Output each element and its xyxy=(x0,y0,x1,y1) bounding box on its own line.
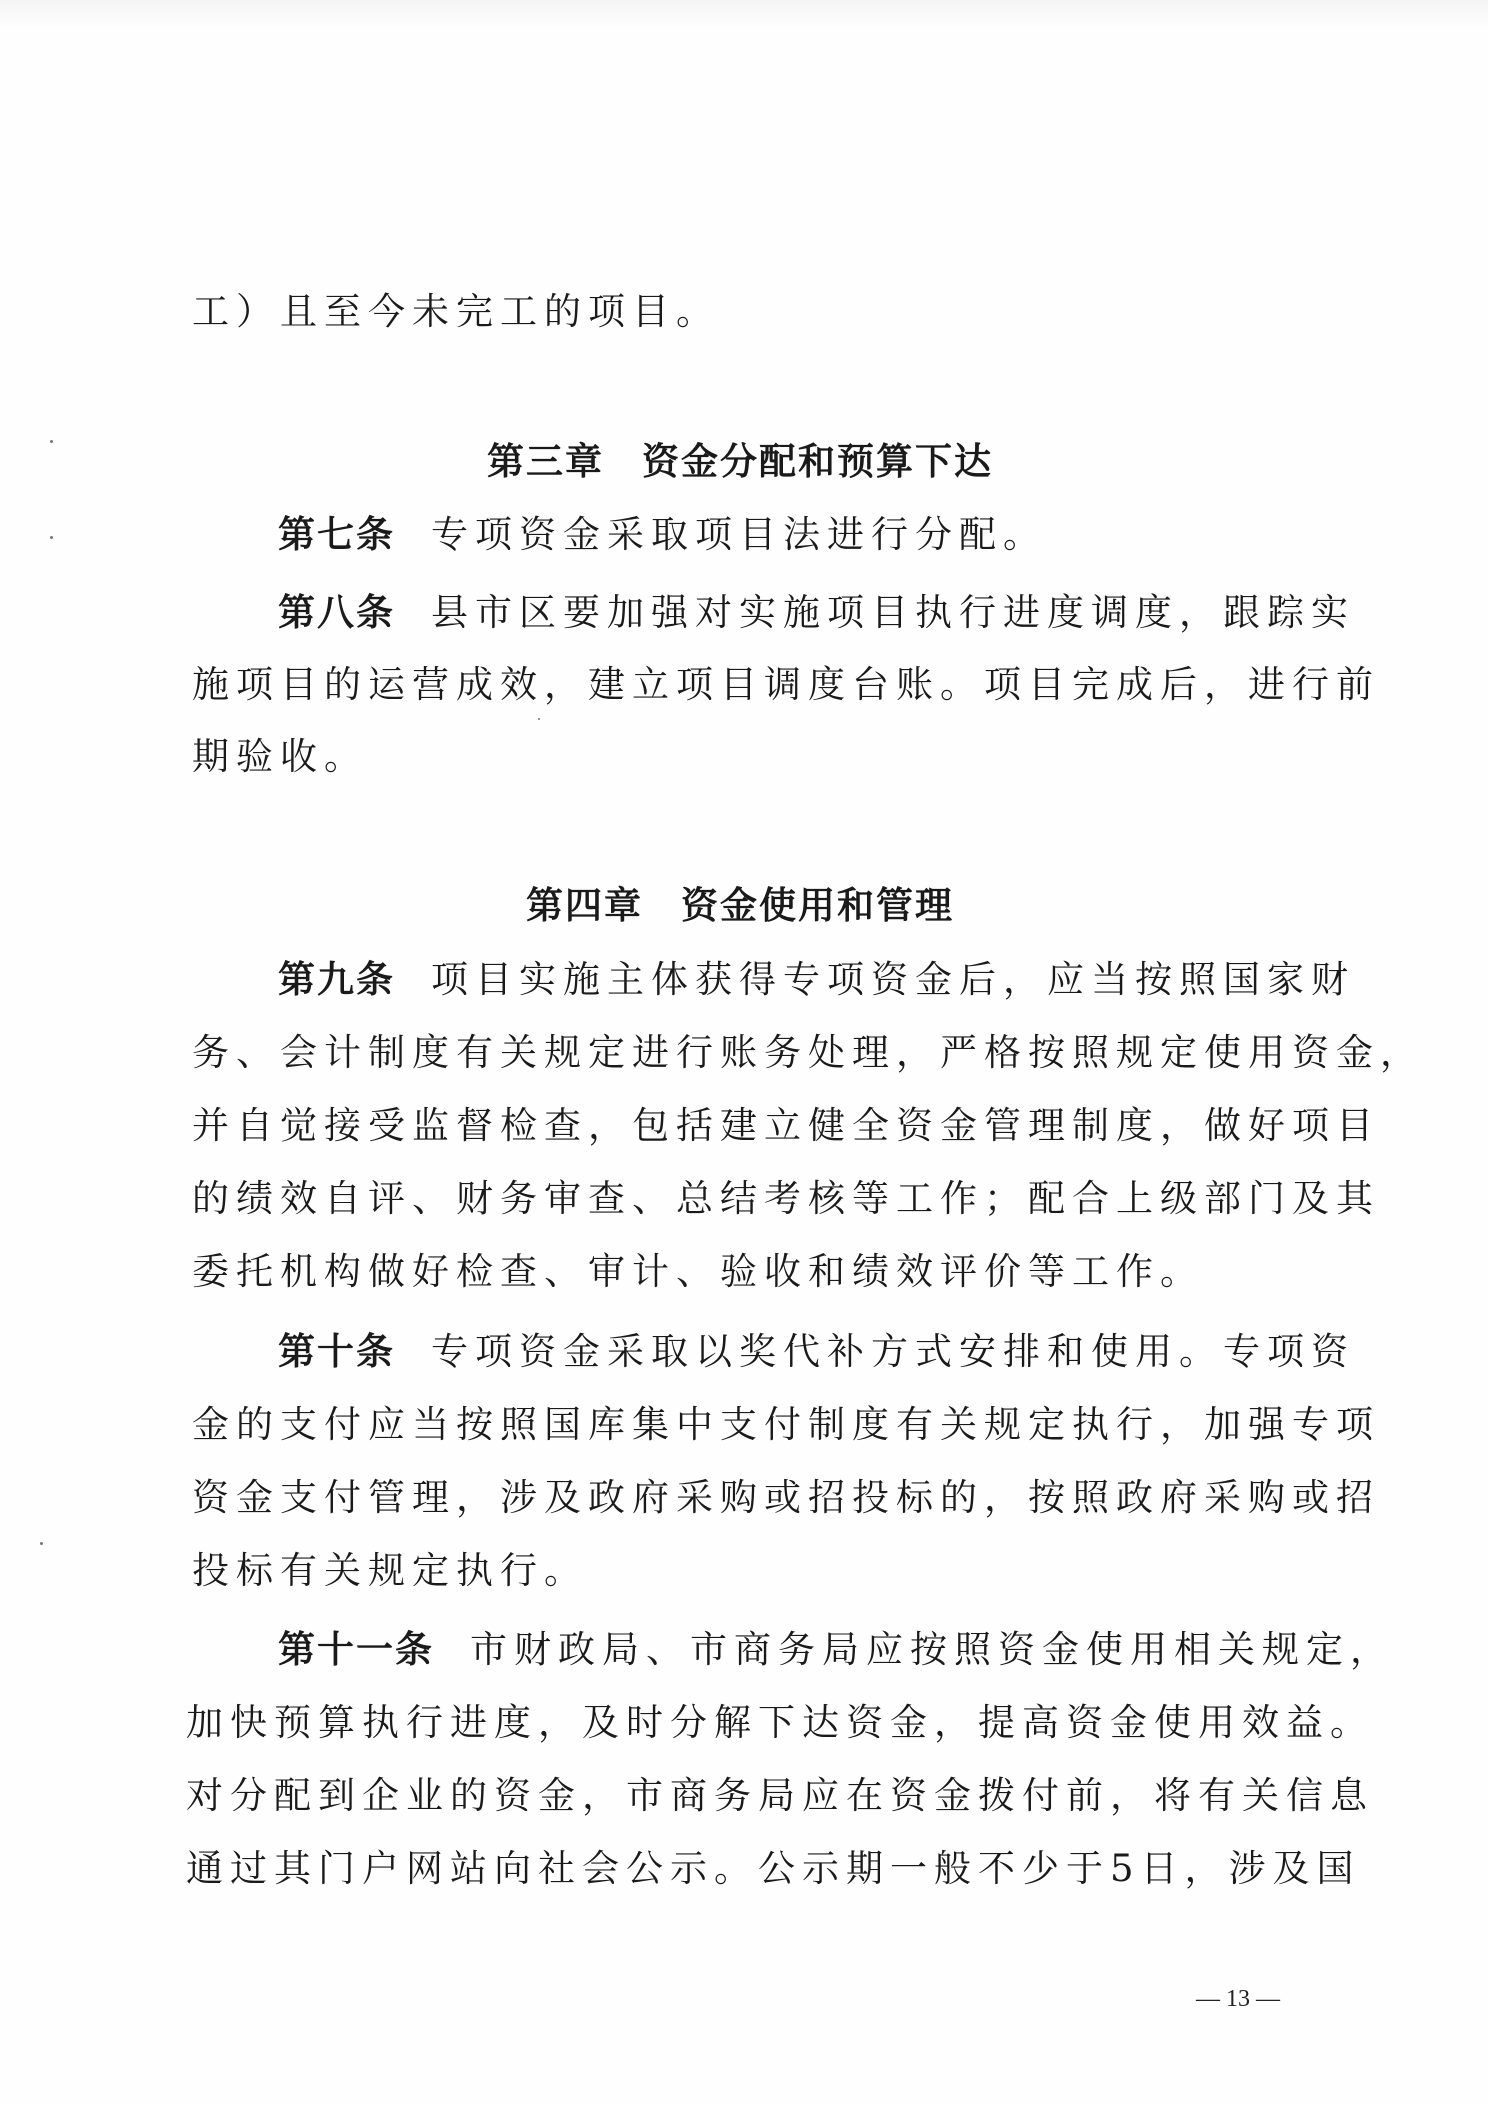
article-text: 项目实施主体获得专项资金后，应当按照国家财 xyxy=(431,958,1355,1001)
article-11-line: 加快预算执行进度，及时分解下达资金，提高资金使用效益。 xyxy=(186,1693,1374,1753)
article-8-line: 期验收。 xyxy=(192,727,368,787)
article-10-line: 资金支付管理，涉及政府采购或招投标的，按照政府采购或招 xyxy=(192,1468,1380,1528)
page-number: — 13 — xyxy=(1196,1986,1280,2013)
scan-speck xyxy=(40,1542,43,1545)
article-9-line: 务、会计制度有关规定进行账务处理，严格按照规定使用资金， xyxy=(192,1023,1424,1083)
article-11: 第十一条市财政局、市商务局应按照资金使用相关规定， xyxy=(278,1620,1394,1680)
continuation-line: 工）且至今未完工的项目。 xyxy=(192,282,720,342)
article-text: 专项资金采取以奖代补方式安排和使用。专项资 xyxy=(431,1330,1355,1373)
article-9-line: 委托机构做好检查、审计、验收和绩效评价等工作。 xyxy=(192,1242,1204,1302)
chapter-number: 第三章 xyxy=(487,440,604,483)
article-10-line: 金的支付应当按照国库集中支付制度有关规定执行，加强专项 xyxy=(192,1395,1380,1455)
article-10-line: 投标有关规定执行。 xyxy=(192,1541,588,1601)
article-text: 县市区要加强对实施项目执行进度调度，跟踪实 xyxy=(431,591,1355,634)
chapter-heading-3: 第三章资金分配和预算下达 xyxy=(192,432,1288,492)
article-number: 第九条 xyxy=(278,958,395,1001)
article-9: 第九条项目实施主体获得专项资金后，应当按照国家财 xyxy=(278,950,1355,1010)
document-page: 工）且至今未完工的项目。 第三章资金分配和预算下达 第七条专项资金采取项目法进行… xyxy=(0,0,1488,2104)
article-text: 专项资金采取项目法进行分配。 xyxy=(431,513,1047,556)
article-10: 第十条专项资金采取以奖代补方式安排和使用。专项资 xyxy=(278,1322,1355,1382)
article-7: 第七条专项资金采取项目法进行分配。 xyxy=(278,505,1047,565)
article-number: 第十一条 xyxy=(278,1628,434,1671)
scan-edge xyxy=(0,0,1488,28)
article-number: 第十条 xyxy=(278,1330,395,1373)
article-number: 第七条 xyxy=(278,513,395,556)
chapter-number: 第四章 xyxy=(526,884,643,927)
article-text: 市财政局、市商务局应按照资金使用相关规定， xyxy=(470,1628,1394,1671)
chapter-title: 资金分配和预算下达 xyxy=(642,440,993,483)
scan-speck xyxy=(50,536,53,539)
article-9-line: 并自觉接受监督检查，包括建立健全资金管理制度，做好项目 xyxy=(192,1096,1380,1156)
article-number: 第八条 xyxy=(278,591,395,634)
scan-speck xyxy=(50,440,53,443)
article-11-line: 通过其门户网站向社会公示。公示期一般不少于5日，涉及国 xyxy=(186,1839,1361,1899)
article-9-line: 的绩效自评、财务审查、总结考核等工作；配合上级部门及其 xyxy=(192,1169,1380,1229)
article-11-line: 对分配到企业的资金，市商务局应在资金拨付前，将有关信息 xyxy=(186,1766,1374,1826)
chapter-heading-4: 第四章资金使用和管理 xyxy=(192,876,1288,936)
article-8-line: 施项目的运营成效，建立项目调度台账。项目完成后，进行前 xyxy=(192,655,1380,715)
scan-speck xyxy=(538,718,540,720)
chapter-title: 资金使用和管理 xyxy=(681,884,954,927)
article-8: 第八条县市区要加强对实施项目执行进度调度，跟踪实 xyxy=(278,583,1355,643)
